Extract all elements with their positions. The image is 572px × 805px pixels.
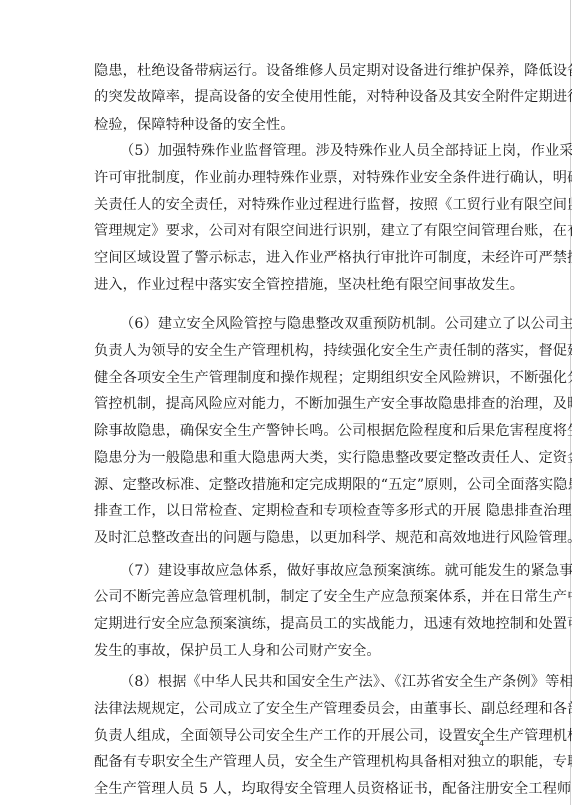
paragraph-line: 法律法规规定，公司成立了安全生产管理委员会，由董事长、副总经理和各部门 bbox=[94, 700, 522, 718]
paragraph-line: 检验，保障特种设备的安全性。 bbox=[94, 116, 522, 134]
document-page: 隐患，杜绝设备带病运行。设备维修人员定期对设备进行维护保养，降低设备的突发故障率… bbox=[0, 0, 571, 805]
paragraph-line: 全生产管理人员 5 人，均取得安全管理人员资格证书，配备注册安全工程师 1 bbox=[94, 780, 522, 798]
paragraph-first-line: （8）根据《中华人民共和国安全生产法》、《江苏省安全生产条例》等相关 bbox=[120, 673, 522, 691]
paragraph-line: 关责任人的安全责任，对特殊作业过程进行监督，按照《工贸行业有限空间监督 bbox=[94, 196, 522, 214]
paragraph-line: 除事故隐患，确保安全生产警钟长鸣。公司根据危险程度和后果危害程度将生产 bbox=[94, 422, 522, 440]
paragraph-line: 及时汇总整改查出的问题与隐患，以更加科学、规范和高效地进行风险管理。 bbox=[94, 529, 522, 547]
paragraph-first-line: （7）建设事故应急体系，做好事故应急预案演练。就可能发生的紧急事件， bbox=[120, 562, 522, 580]
paragraph-line: 许可审批制度，作业前办理特殊作业票，对特殊作业安全条件进行确认，明确相 bbox=[94, 169, 522, 187]
paragraph-line: 源、定整改标准、定整改措施和定完成期限的“五定”原则，公司全面落实隐患 bbox=[94, 476, 522, 494]
paragraph-line: 的突发故障率，提高设备的安全使用性能，对特种设备及其安全附件定期进行 bbox=[94, 88, 522, 106]
paragraph-line: 负责人组成，全面领导公司安全生产工作的开展公司，设置安全生产管理机构并 bbox=[94, 727, 522, 745]
paragraph-line: 管控机制，提高风险应对能力，不断加强生产安全事故隐患排查的治理，及时消 bbox=[94, 395, 522, 413]
paragraph-line: 进入，作业过程中落实安全管控措施，坚决杜绝有限空间事故发生。 bbox=[94, 276, 522, 294]
page-number: 4 bbox=[479, 739, 484, 748]
paragraph-line: 公司不断完善应急管理机制，制定了安全生产应急预案体系，并在日常生产中不 bbox=[94, 588, 522, 606]
paragraph-line: 排查工作，以日常检查、定期检查和专项检查等多形式的开展 隐患排查治理， bbox=[94, 502, 522, 520]
paragraph-line: 负责人为领导的安全生产管理机构，持续强化安全生产责任制的落实，督促建立 bbox=[94, 342, 522, 360]
paragraph-line: 定期进行安全应急预案演练，提高员工的实战能力，迅速有效地控制和处置可能 bbox=[94, 615, 522, 633]
paragraph-line: 隐患分为一般隐患和重大隐患两大类，实行隐患整改要定整改责任人、定资金来 bbox=[94, 449, 522, 467]
paragraph-first-line: （6）建立安全风险管控与隐患整改双重预防机制。公司建立了以公司主要 bbox=[120, 315, 522, 333]
paragraph-line: 健全各项安全生产管理制度和操作规程；定期组织安全风险辨识，不断强化分级 bbox=[94, 369, 522, 387]
paragraph-line: 空间区域设置了警示标志，进入作业严格执行审批许可制度，未经许可严禁擅自 bbox=[94, 249, 522, 267]
paragraph-line: 配备有专职安全生产管理人员，安全生产管理机构具备相对独立的职能，专职安 bbox=[94, 753, 522, 771]
paragraph-line: 隐患，杜绝设备带病运行。设备维修人员定期对设备进行维护保养，降低设备 bbox=[94, 62, 522, 80]
paragraph-first-line: （5）加强特殊作业监督管理。涉及特殊作业人员全部持证上岗，作业采取 bbox=[120, 142, 522, 160]
paragraph-line: 管理规定》要求，公司对有限空间进行识别，建立了有限空间管理台账，在有限 bbox=[94, 222, 522, 240]
paragraph-line: 发生的事故，保护员工人身和公司财产安全。 bbox=[94, 642, 522, 660]
